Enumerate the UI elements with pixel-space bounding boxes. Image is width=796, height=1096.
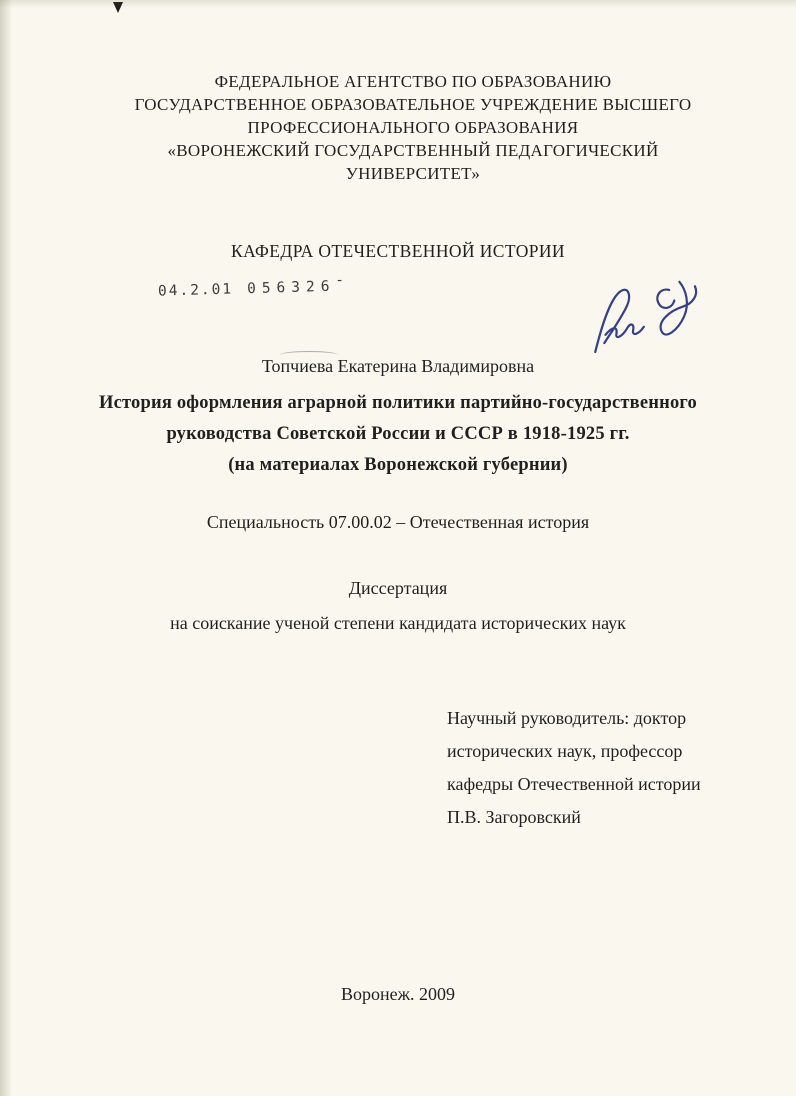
dissertation-title: История оформления аграрной политики пар… [0, 388, 796, 481]
header-line-agency: ФЕДЕРАЛЬНОЕ АГЕНТСТВО ПО ОБРАЗОВАНИЮ [30, 70, 796, 93]
author-name: Топчиева Екатерина Владимировна [0, 356, 796, 377]
dissertation-title-page: ФЕДЕРАЛЬНОЕ АГЕНТСТВО ПО ОБРАЗОВАНИЮ ГОС… [0, 0, 796, 1096]
city-year-line: Воронеж. 2009 [0, 984, 796, 1005]
header-line-institution-1: ГОСУДАРСТВЕННОЕ ОБРАЗОВАТЕЛЬНОЕ УЧРЕЖДЕН… [30, 93, 796, 116]
signature-svg [582, 271, 719, 359]
degree-line: на соискание ученой степени кандидата ис… [0, 613, 796, 634]
supervisor-line-1: Научный руководитель: доктор [447, 702, 701, 735]
title-line-2: руководства Советской России и СССР в 19… [0, 419, 796, 450]
header-line-university-2: УНИВЕРСИТЕТ» [30, 162, 796, 185]
library-stamp-number: 04.2.01056326- [158, 278, 345, 299]
department-title: КАФЕДРА ОТЕЧЕСТВЕННОЙ ИСТОРИИ [0, 241, 796, 262]
stamp-code-right: 056326 [247, 279, 336, 297]
title-line-3: (на материалах Воронежской губернии) [0, 450, 796, 481]
scan-artifact-line [280, 351, 338, 355]
specialty-line: Специальность 07.00.02 – Отечественная и… [0, 512, 796, 533]
supervisor-line-2: исторических наук, профессор [447, 735, 701, 768]
handwritten-signature-image [582, 271, 720, 364]
header-line-institution-2: ПРОФЕССИОНАЛЬНОГО ОБРАЗОВАНИЯ [30, 116, 796, 139]
header-line-university-1: «ВОРОНЕЖСКИЙ ГОСУДАРСТВЕННЫЙ ПЕДАГОГИЧЕС… [30, 139, 796, 162]
supervisor-line-3: кафедры Отечественной истории [447, 768, 701, 801]
supervisor-block: Научный руководитель: доктор исторически… [447, 702, 701, 834]
title-line-1: История оформления аграрной политики пар… [0, 388, 796, 419]
scan-artifact-triangle-icon [113, 2, 123, 13]
supervisor-name: П.В. Загоровский [447, 801, 701, 834]
document-type: Диссертация [0, 578, 796, 599]
stamp-code-left: 04.2.01 [158, 282, 234, 300]
stamp-suffix-mark: - [335, 272, 344, 288]
institution-header: ФЕДЕРАЛЬНОЕ АГЕНТСТВО ПО ОБРАЗОВАНИЮ ГОС… [0, 70, 796, 185]
